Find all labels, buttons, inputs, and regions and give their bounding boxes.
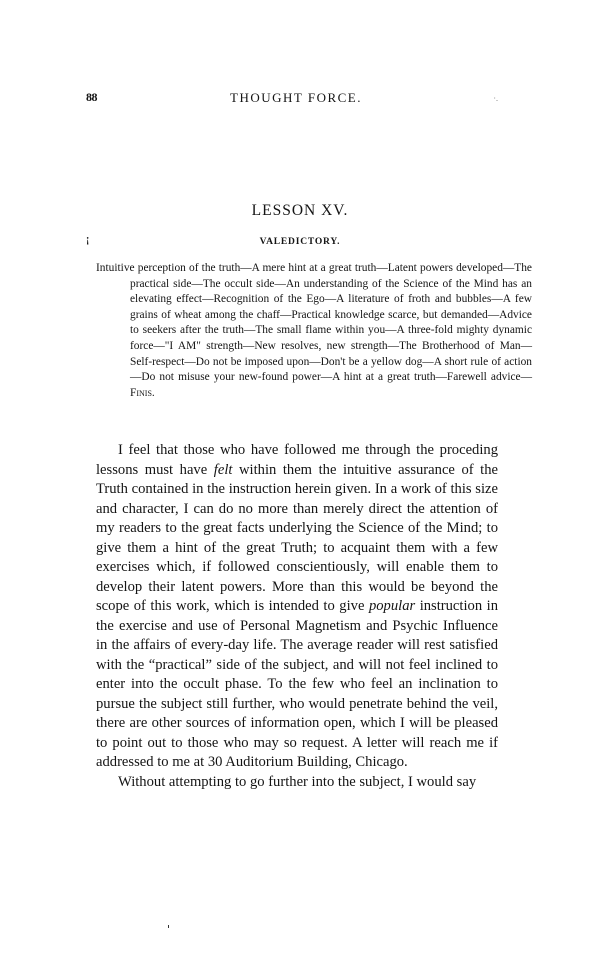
paragraph-1-text-c: instruction in the exercise and use of P… [96, 598, 498, 770]
lesson-subtitle: VALEDICTORY. [0, 237, 600, 247]
body-text: I feel that those who have followed me t… [96, 441, 498, 792]
page-header: 88 THOUGHT FORCE. ·. [86, 90, 506, 110]
lesson-title: LESSON XV. [0, 202, 600, 220]
running-title: THOUGHT FORCE. [86, 90, 506, 106]
synopsis-finis: Finis. [130, 387, 155, 399]
synopsis-text: Intuitive perception of the truth—A mere… [96, 262, 532, 383]
emphasis-felt: felt [214, 462, 233, 478]
scan-artifact [168, 925, 169, 928]
emphasis-popular: popular [369, 598, 415, 614]
paragraph-1-text-b: within them the intuitive assurance of t… [96, 462, 498, 615]
paragraph-1: I feel that those who have followed me t… [96, 441, 498, 773]
chapter-synopsis: Intuitive perception of the truth—A mere… [96, 261, 532, 401]
header-scan-mark: ·. [493, 94, 498, 103]
paragraph-2: Without attempting to go further into th… [96, 773, 498, 793]
